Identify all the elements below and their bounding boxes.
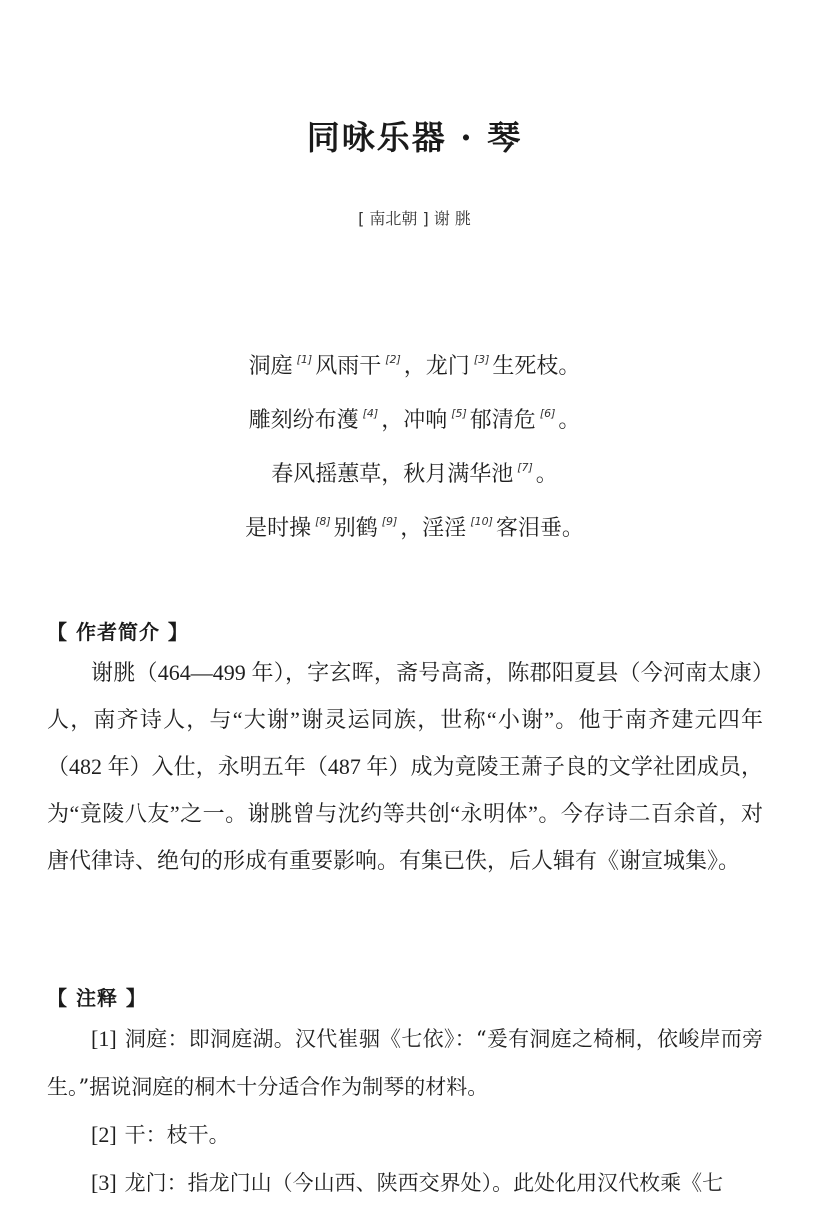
footnote-ref[interactable]: [4] — [363, 407, 379, 420]
note-text: 干：枝干。 — [125, 1123, 230, 1147]
note-number: [3] — [91, 1170, 117, 1195]
footnote-ref[interactable]: [6] — [540, 407, 556, 420]
author-intro-heading: 【 作者简介 】 — [47, 616, 763, 645]
footnote-ref[interactable]: [1] — [297, 353, 313, 366]
note-number: [2] — [91, 1122, 117, 1147]
note-item: [1]洞庭：即洞庭湖。汉代崔骃《七依》：“爰有洞庭之椅桐，依峻岸而旁生。”据说洞… — [47, 1015, 763, 1111]
note-text: 龙门：指龙门山（今山西、陕西交界处）。此处化用汉代枚乘《七 — [125, 1171, 724, 1195]
note-item: [3]龙门：指龙门山（今山西、陕西交界处）。此处化用汉代枚乘《七 — [47, 1159, 763, 1207]
notes-heading: 【 注释 】 — [47, 982, 763, 1011]
footnote-ref[interactable]: [7] — [517, 461, 533, 474]
poem-body: 洞庭[1]风雨干[2]，龙门[3]生死枝。 雕刻纷布濩[4]，冲响[5]郁清危[… — [0, 336, 829, 552]
author-intro-section: 【 作者简介 】 谢朓（464—499 年），字玄晖，斋号高斋，陈郡阳夏县（今河… — [47, 616, 763, 884]
footnote-ref[interactable]: [9] — [382, 515, 398, 528]
note-text: 洞庭：即洞庭湖。汉代崔骃《七依》：“爰有洞庭之椅桐，依峻岸而旁生。”据说洞庭的桐… — [47, 1027, 763, 1099]
author-intro-text: 谢朓（464—499 年），字玄晖，斋号高斋，陈郡阳夏县（今河南太康）人，南齐诗… — [47, 649, 763, 884]
notes-section: 【 注释 】 [1]洞庭：即洞庭湖。汉代崔骃《七依》：“爰有洞庭之椅桐，依峻岸而… — [47, 982, 763, 1207]
poem-line: 洞庭[1]风雨干[2]，龙门[3]生死枝。 — [0, 336, 829, 390]
poem-line: 雕刻纷布濩[4]，冲响[5]郁清危[6]。 — [0, 390, 829, 444]
footnote-ref[interactable]: [5] — [451, 407, 467, 420]
poem-line: 春风摇蕙草，秋月满华池[7]。 — [0, 444, 829, 498]
poem-title: 同咏乐器 · 琴 — [0, 112, 829, 159]
poem-byline: [ 南北朝 ] 谢 朓 — [0, 206, 829, 229]
footnote-ref[interactable]: [8] — [315, 515, 331, 528]
poem-line: 是时操[8]别鹤[9]，淫淫[10]客泪垂。 — [0, 498, 829, 552]
note-item: [2]干：枝干。 — [47, 1111, 763, 1159]
footnote-ref[interactable]: [2] — [385, 353, 401, 366]
footnote-ref[interactable]: [3] — [474, 353, 490, 366]
note-number: [1] — [91, 1026, 117, 1051]
footnote-ref[interactable]: [10] — [470, 515, 493, 528]
